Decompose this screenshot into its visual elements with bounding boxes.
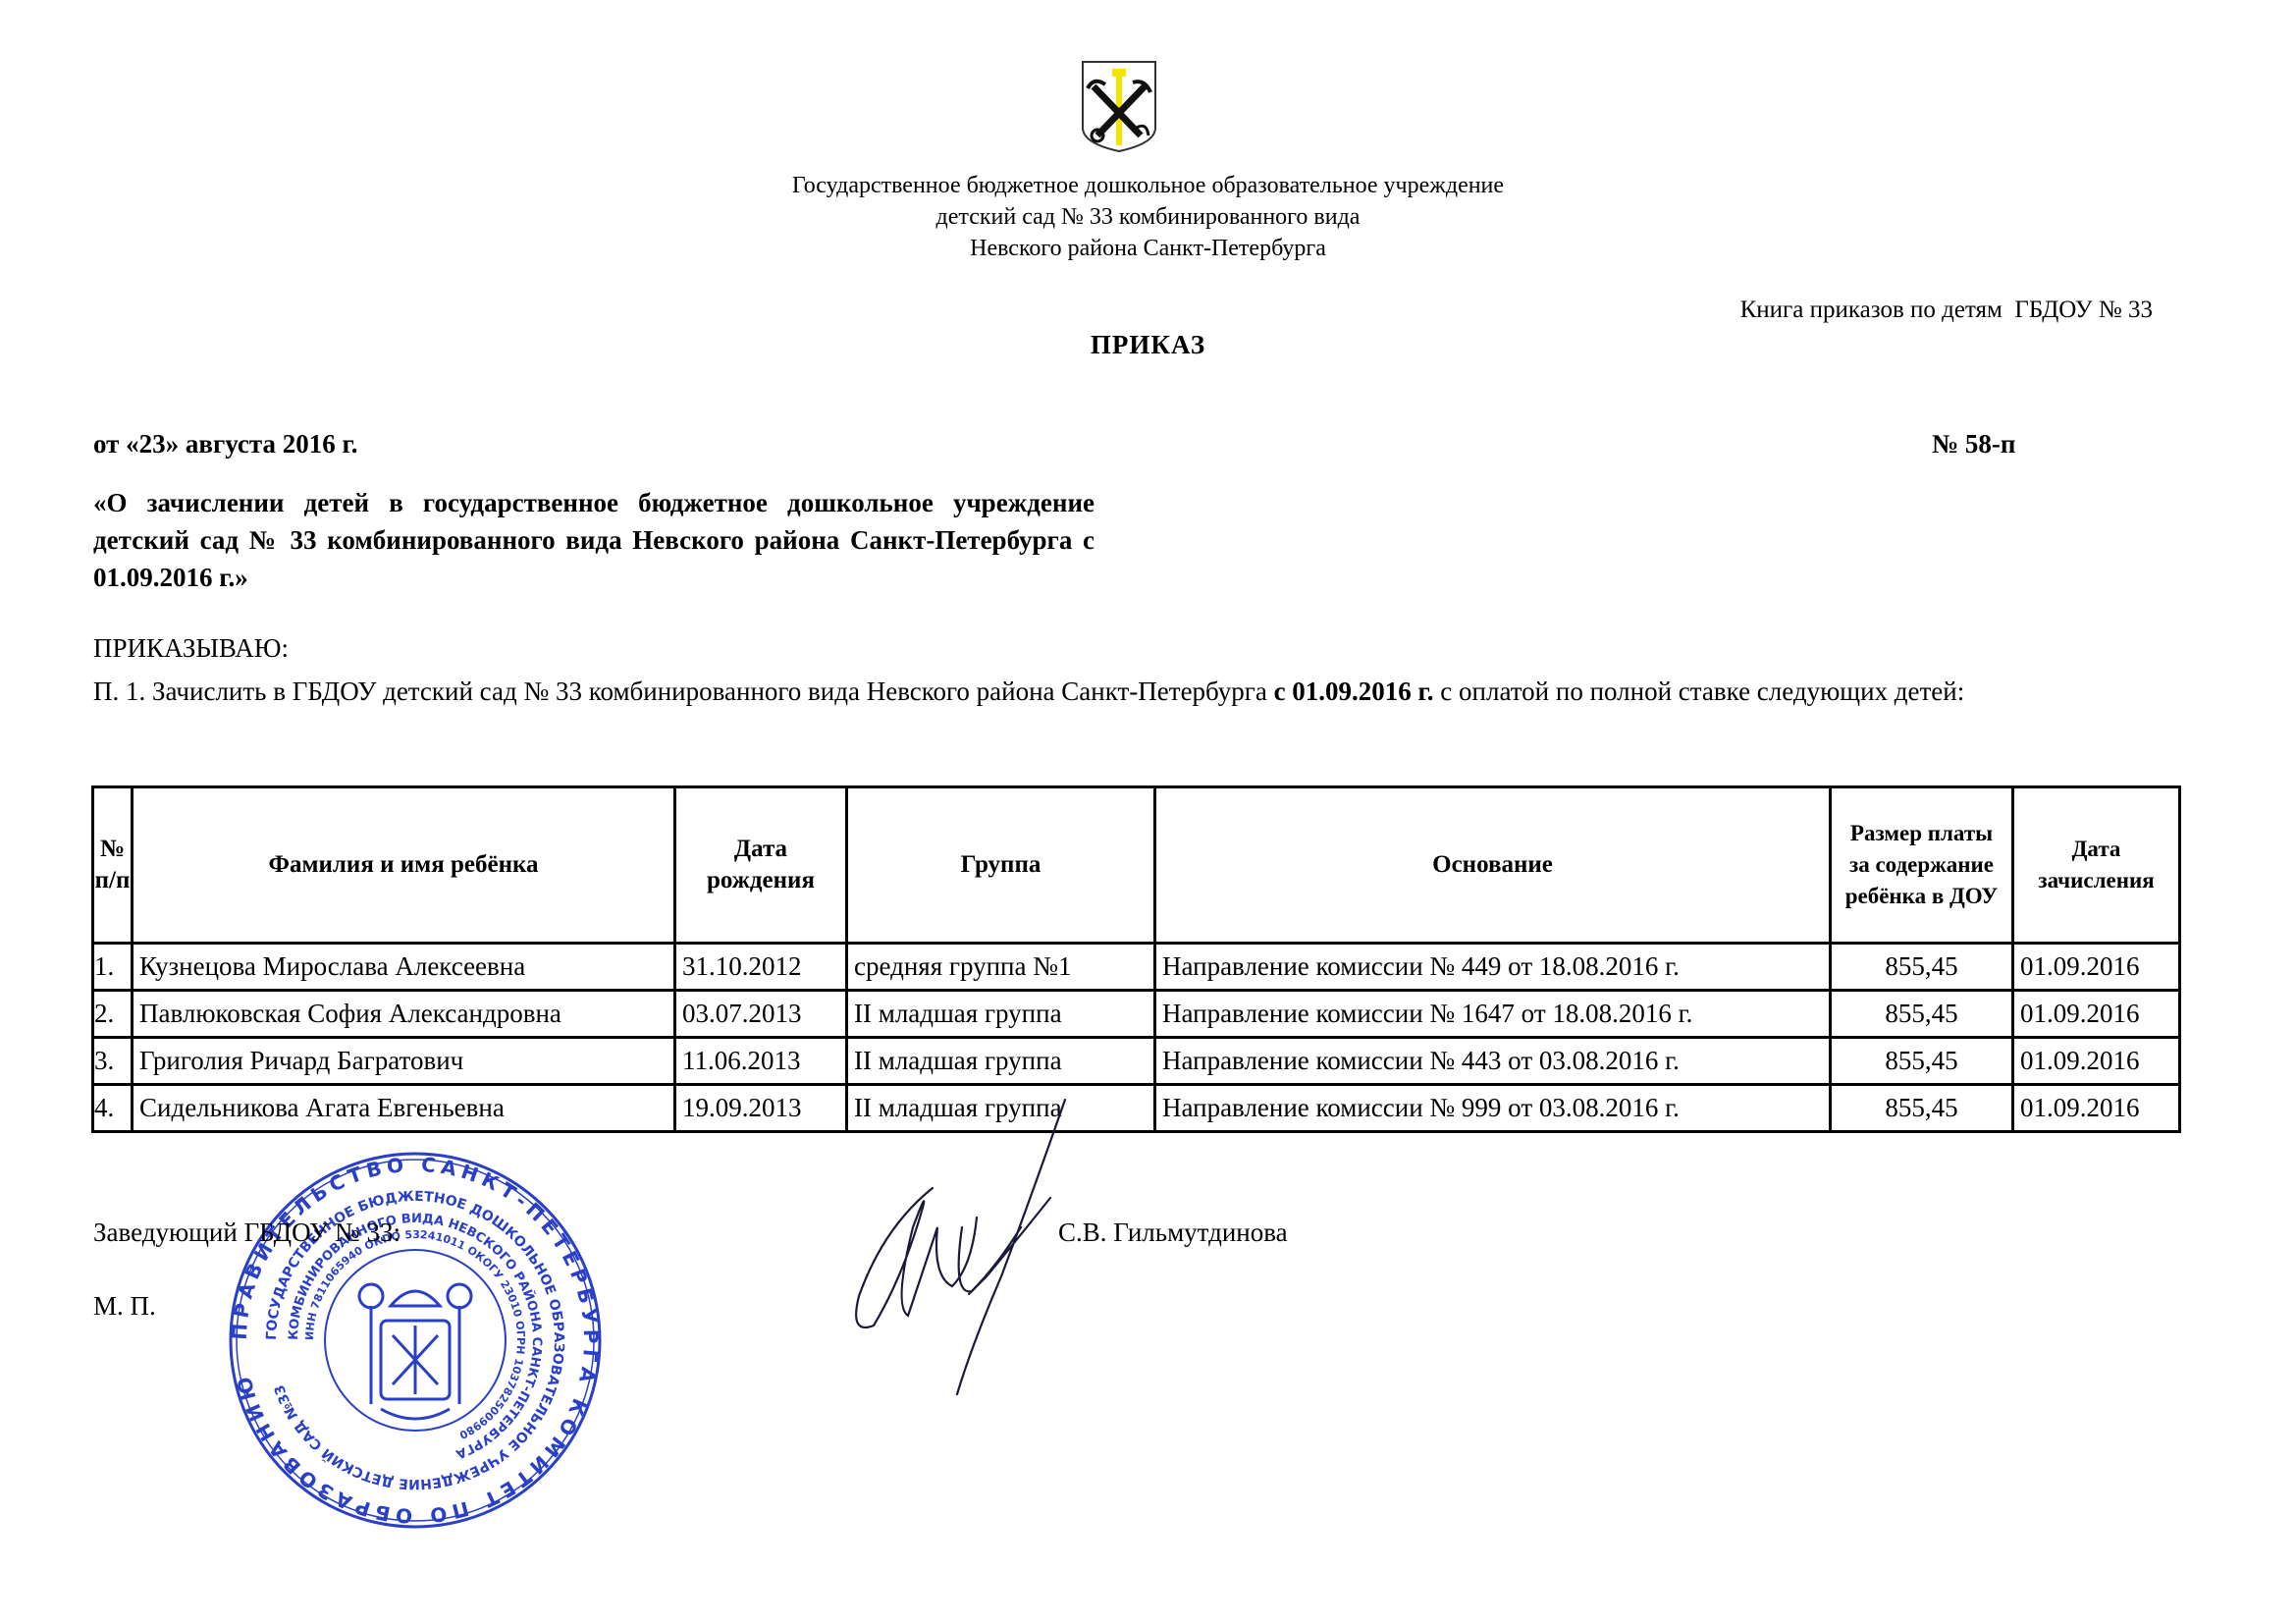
position-title: Заведующий ГБДОУ № 33:: [93, 1218, 400, 1248]
signature: [815, 1080, 1129, 1404]
spb-coat-of-arms-icon: [1080, 59, 1158, 153]
order-subject: «О зачислении детей в государственное бю…: [93, 484, 1095, 596]
organization-line: Государственное бюджетное дошкольное обр…: [0, 170, 2296, 201]
cell-group: средняя группа №1: [847, 944, 1155, 991]
cell-num: 1.: [93, 944, 133, 991]
cell-fee: 855,45: [1831, 1038, 2013, 1085]
cell-group: II младшая группа: [847, 991, 1155, 1038]
cell-name: Сидельникова Агата Евгеньевна: [133, 1085, 675, 1132]
handwritten-signature-icon: [815, 1080, 1129, 1404]
cell-basis: Направление комиссии № 443 от 03.08.2016…: [1155, 1038, 1831, 1085]
document-title: ПРИКАЗ: [0, 330, 2296, 360]
header-fee: Размер платы за содержание ребёнка в ДОУ: [1831, 787, 2013, 944]
order-date: от «23» августа 2016 г.: [93, 429, 357, 460]
cell-name: Кузнецова Мирослава Алексеевна: [133, 944, 675, 991]
cell-basis: Направление комиссии № 1647 от 18.08.201…: [1155, 991, 1831, 1038]
order-book-label: Книга приказов по детям ГБДОУ № 33: [1740, 297, 2153, 324]
paragraph-bold-date: с 01.09.2016 г.: [1274, 677, 1434, 706]
seal-place-label: М. П.: [93, 1291, 156, 1322]
paragraph-text: П. 1. Зачислить в ГБДОУ детский сад № 33…: [93, 677, 1274, 706]
table-row: 1. Кузнецова Мирослава Алексеевна 31.10.…: [93, 944, 2180, 991]
organization-header: Государственное бюджетное дошкольное обр…: [0, 170, 2296, 264]
cell-enroll-date: 01.09.2016: [2013, 991, 2180, 1038]
table-header-row: № п/п Фамилия и имя ребёнка Дата рождени…: [93, 787, 2180, 944]
cell-basis: Направление комиссии № 999 от 03.08.2016…: [1155, 1085, 1831, 1132]
cell-basis: Направление комиссии № 449 от 18.08.2016…: [1155, 944, 1831, 991]
cell-enroll-date: 01.09.2016: [2013, 944, 2180, 991]
cell-enroll-date: 01.09.2016: [2013, 1085, 2180, 1132]
enrollment-table: № п/п Фамилия и имя ребёнка Дата рождени…: [91, 785, 2181, 1133]
header-group: Группа: [847, 787, 1155, 944]
cell-fee: 855,45: [1831, 1085, 2013, 1132]
organization-line: детский сад № 33 комбинированного вида: [0, 201, 2296, 233]
order-paragraph: П. 1. Зачислить в ГБДОУ детский сад № 33…: [93, 672, 2153, 711]
cell-dob: 11.06.2013: [675, 1038, 847, 1085]
coat-of-arms-emblem: [1080, 59, 1158, 153]
cell-group: II младшая группа: [847, 1038, 1155, 1085]
table-row: 2. Павлюковская София Александровна 03.0…: [93, 991, 2180, 1038]
cell-dob: 31.10.2012: [675, 944, 847, 991]
header-enroll-date: Дата зачисления: [2013, 787, 2180, 944]
cell-enroll-date: 01.09.2016: [2013, 1038, 2180, 1085]
cell-num: 4.: [93, 1085, 133, 1132]
cell-fee: 855,45: [1831, 944, 2013, 991]
cell-num: 2.: [93, 991, 133, 1038]
cell-dob: 03.07.2013: [675, 991, 847, 1038]
cell-name: Павлюковская София Александровна: [133, 991, 675, 1038]
header-name: Фамилия и имя ребёнка: [133, 787, 675, 944]
table-row: 3. Григолия Ричард Багратович 11.06.2013…: [93, 1038, 2180, 1085]
round-seal-icon: ПРАВИТЕЛЬСТВО САНКТ-ПЕТЕРБУРГА КОМИТЕТ П…: [224, 1149, 607, 1532]
paragraph-text: с оплатой по полной ставке следующих дет…: [1434, 677, 1965, 706]
table-row: 4. Сидельникова Агата Евгеньевна 19.09.2…: [93, 1085, 2180, 1132]
cell-num: 3.: [93, 1038, 133, 1085]
order-word: ПРИКАЗЫВАЮ:: [93, 633, 289, 664]
organization-line: Невского района Санкт-Петербурга: [0, 233, 2296, 264]
cell-name: Григолия Ричард Багратович: [133, 1038, 675, 1085]
header-dob: Дата рождения: [675, 787, 847, 944]
order-number: № 58-п: [1932, 429, 2015, 460]
cell-fee: 855,45: [1831, 991, 2013, 1038]
header-basis: Основание: [1155, 787, 1831, 944]
header-num: № п/п: [93, 787, 133, 944]
official-stamp: ПРАВИТЕЛЬСТВО САНКТ-ПЕТЕРБУРГА КОМИТЕТ П…: [224, 1149, 607, 1532]
